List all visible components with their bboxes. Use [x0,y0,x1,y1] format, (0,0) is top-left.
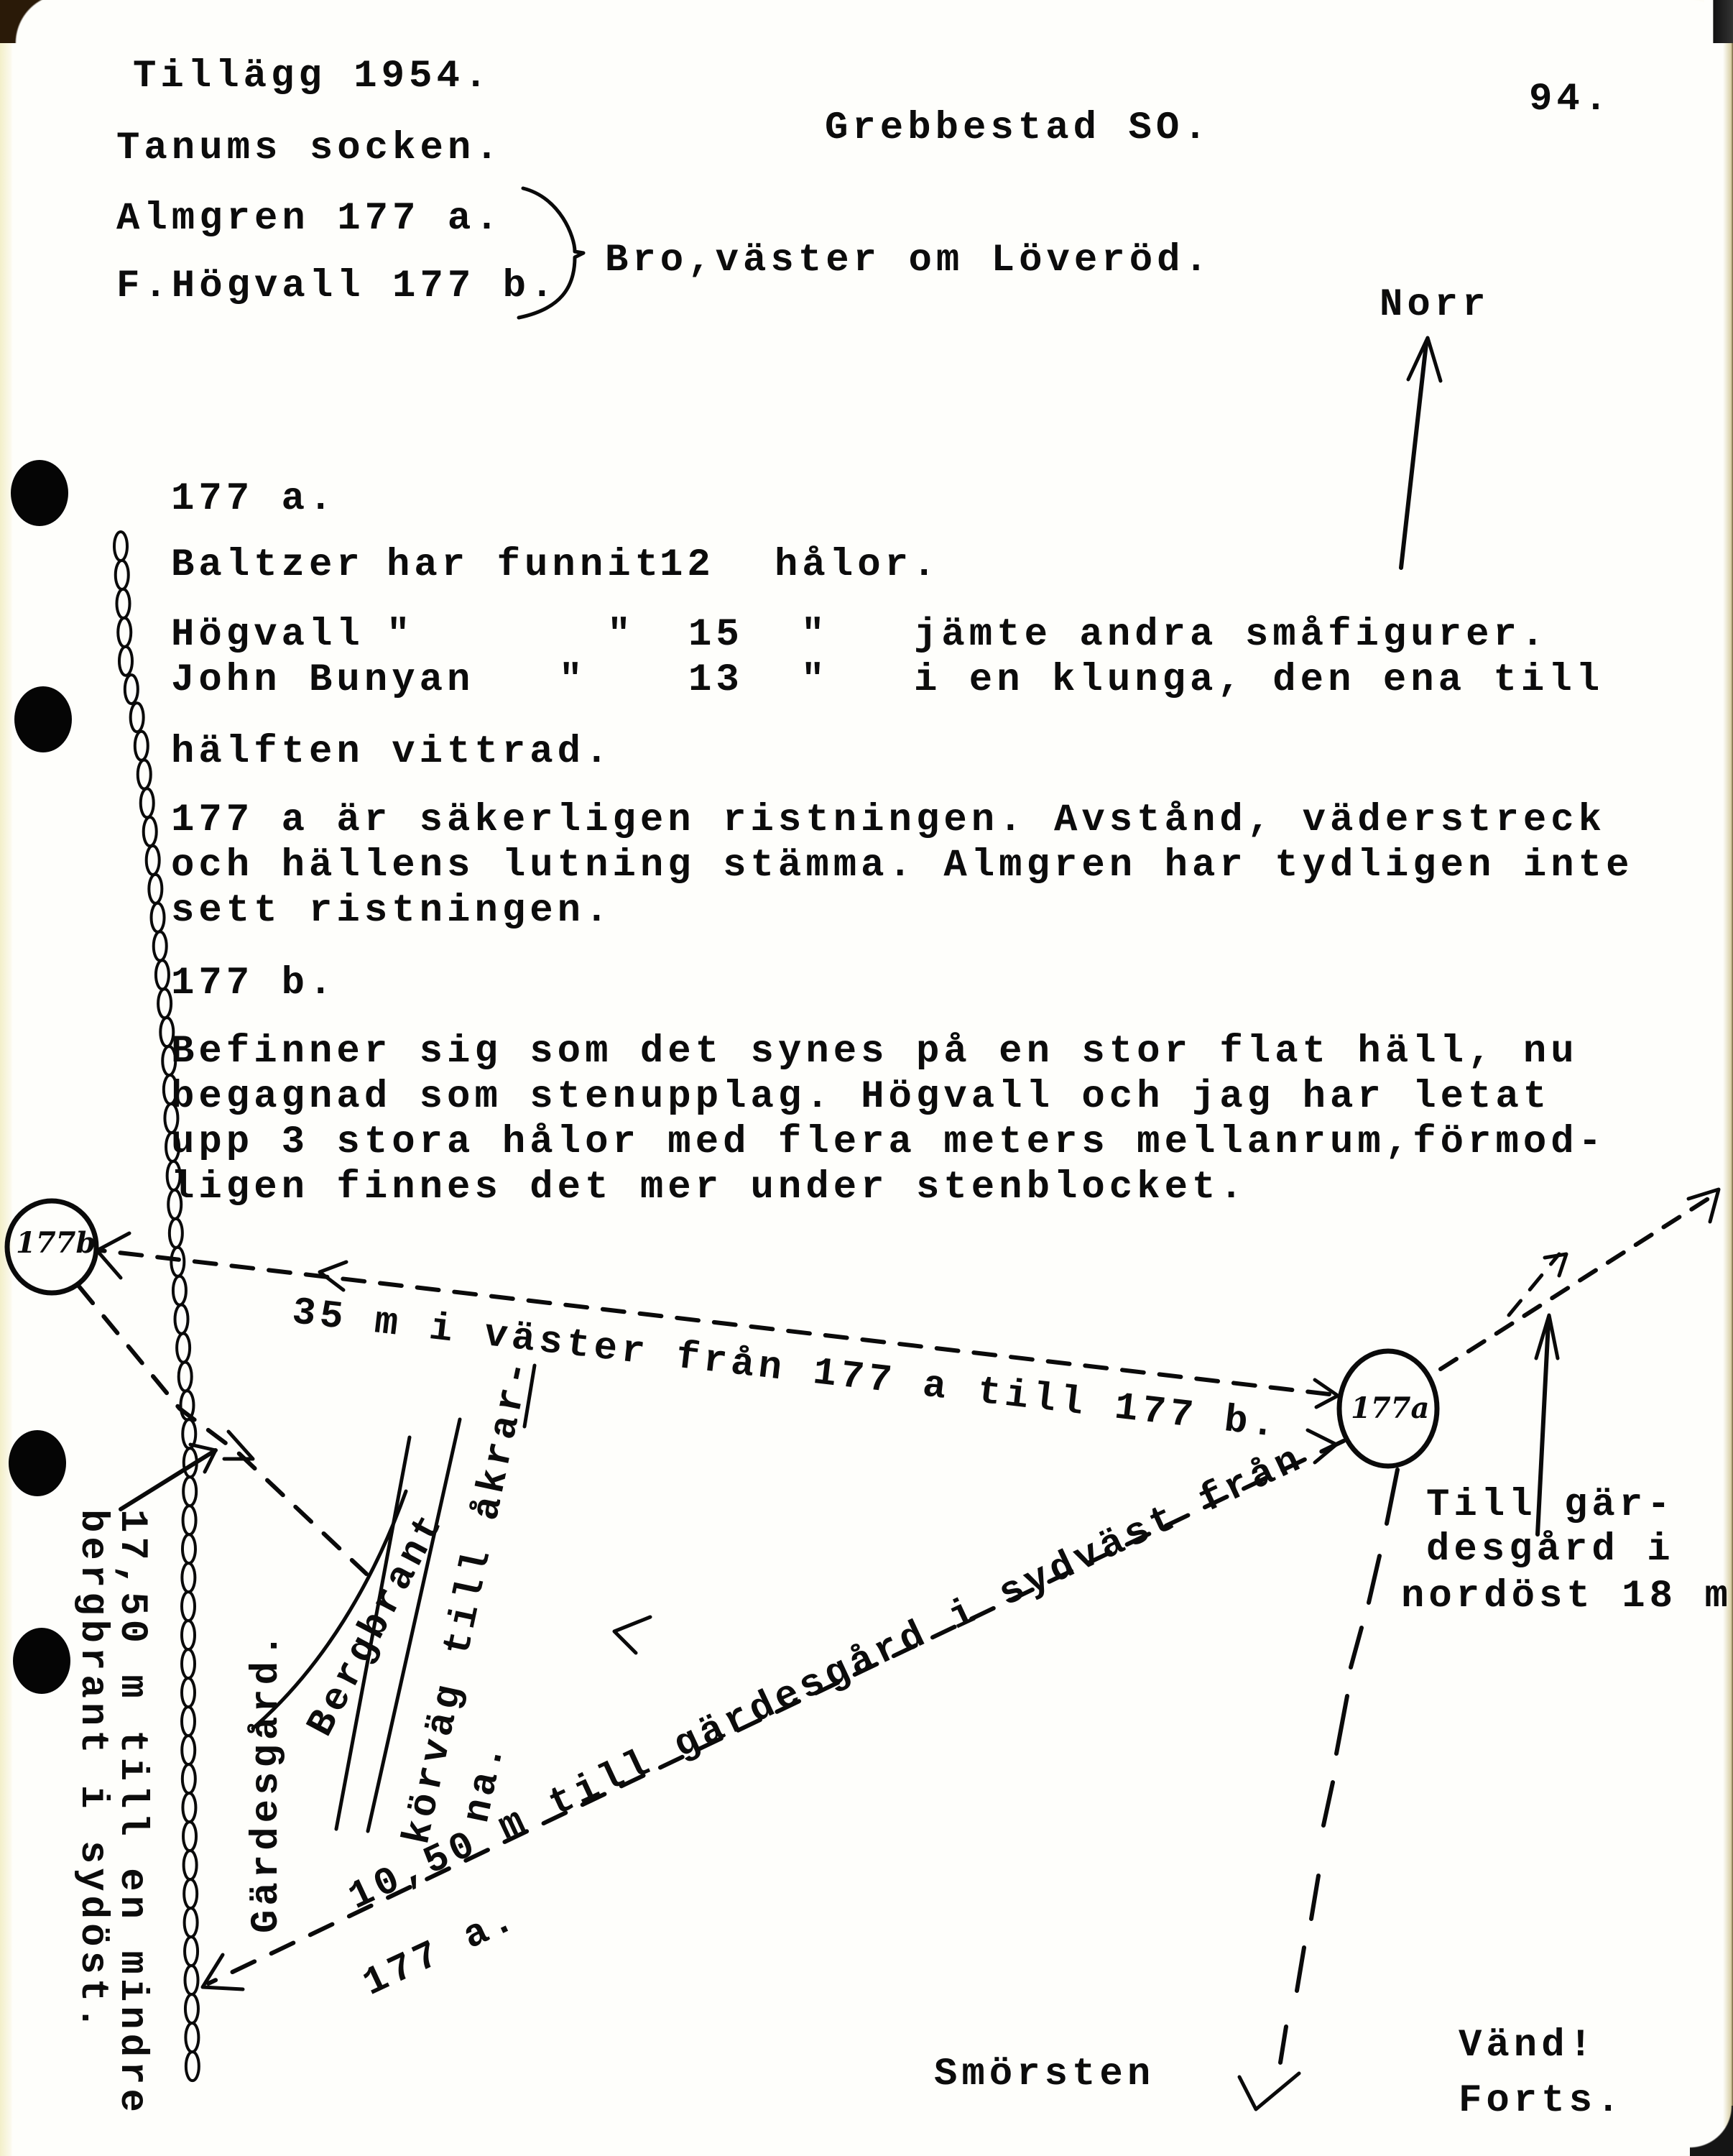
smorsten-label: Smörsten [934,2055,1155,2094]
section-b-paragraph-line: begagnad som stenupplag. Högvall och jag… [171,1078,1551,1117]
north-label: Norr [1380,286,1490,325]
binder-hole [9,1430,66,1496]
location-label: Bro,väster om Löveröd. [605,241,1212,280]
northeast-fence-label: Till gär- [1426,1486,1675,1525]
find-count: 15 [688,616,744,655]
find-unit: " [801,661,828,700]
southeast-cliff-label: 17,50 m till en mindre [112,1509,151,2116]
section-a-paragraph-line: och hällens lutning stämma. Almgren har … [171,847,1633,885]
section-b-paragraph-line: upp 3 stora hålor med flera meters mella… [171,1123,1606,1162]
find-verb: " " [387,616,635,655]
find-verb: " [559,661,586,700]
reference-almgren: Almgren 177 a. [116,200,503,239]
supplement-year: Tillägg 1954. [133,57,491,96]
northeast-fence-label: nordöst 18 m [1401,1577,1732,1616]
find-count: 12 [660,546,715,585]
section-b-paragraph-line: Befinner sig som det synes på en stor fl… [171,1033,1579,1072]
binder-hole [11,460,68,526]
site-177a-label: 177a [1351,1394,1429,1423]
page-corner-top-right [1704,0,1733,43]
paper-edge-left [0,0,13,2156]
binder-hole [13,1628,70,1694]
page-number: 94. [1529,80,1612,119]
site-177b-label: 177b [16,1229,96,1258]
section-a-paragraph-line: sett ristningen. [171,892,612,931]
find-count: 13 [688,661,744,700]
find-verb: har funnit [387,546,662,585]
page-corner-bottom-right [1690,2106,1733,2156]
find-finder: Baltzer [171,546,364,585]
map-sheet: Grebbestad SO. [825,109,1211,148]
fence-label: Gärdesgård. [248,1630,287,1933]
page-corner-top-left [0,0,65,43]
find-finder: John Bunyan [171,661,474,700]
continued-note: Forts. [1459,2082,1624,2121]
find-finder: Högvall [171,616,364,655]
section-a-heading: 177 a. [171,480,336,519]
southeast-cliff-label-2: bergbrant i sydöst. [73,1509,111,2034]
find-continuation: hälften vittrad. [171,733,612,772]
distance-southwest-label-2: 177 a. [358,1899,524,2004]
document-page: Tillägg 1954. Tanums socken. Grebbestad … [0,0,1733,2156]
turn-page-note: Vänd! [1459,2027,1596,2065]
reference-hogvall: F.Högvall 177 b. [116,267,558,306]
find-note: jämte andra småfigurer. [914,616,1548,655]
parish-name: Tanums socken. [116,129,503,168]
section-b-paragraph-line: ligen finnes det mer under stenblocket. [171,1169,1247,1207]
binder-hole [14,686,72,752]
find-note: i en klunga, den ena till [914,661,1604,700]
section-b-heading: 177 b. [171,964,336,1003]
northeast-fence-label: desgård i [1426,1531,1675,1570]
section-a-paragraph-line: 177 a är säkerligen ristningen. Avstånd,… [171,801,1606,840]
paper-edge-right [1723,43,1733,2127]
find-unit: hålor. [775,546,940,585]
distance-west-label: 35 m i väster från 177 a till 177 b. [290,1294,1282,1447]
find-unit: " [801,616,828,655]
